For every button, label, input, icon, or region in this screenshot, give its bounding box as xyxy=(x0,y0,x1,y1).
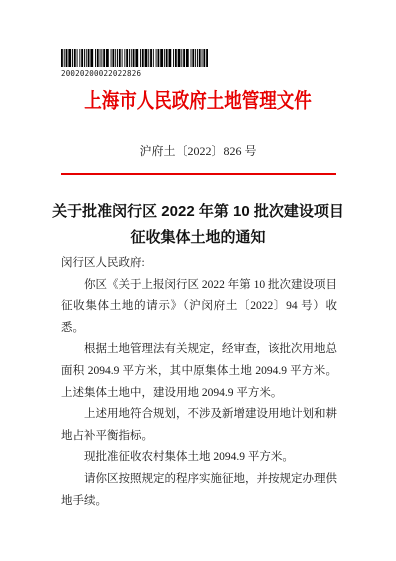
barcode-block: 20020200022022826 xyxy=(61,49,211,78)
body-paragraph: 根据土地管理法有关规定，经审查，该批次用地总面积 2094.9 平方米，其中原集… xyxy=(61,339,337,404)
salutation: 闵行区人民政府: xyxy=(61,253,337,275)
doc-number: 沪府土〔2022〕826 号 xyxy=(0,142,396,159)
doc-title: 关于批准闵行区 2022 年第 10 批次建设项目 征收集体土地的通知 xyxy=(30,199,366,251)
barcode-number: 20020200022022826 xyxy=(61,69,211,78)
body-paragraph: 你区《关于上报闵行区 2022 年第 10 批次建设项目征收集体土地的请示》（沪… xyxy=(61,275,337,340)
red-separator-rule xyxy=(61,173,336,175)
body-paragraph: 现批准征收农村集体土地 2094.9 平方米。 xyxy=(61,447,337,469)
body-paragraph: 请你区按照规定的程序实施征地，并按规定办理供地手续。 xyxy=(61,469,337,512)
document-page: 20020200022022826 上海市人民政府土地管理文件 沪府土〔2022… xyxy=(0,0,396,561)
org-title: 上海市人民政府土地管理文件 xyxy=(0,85,396,115)
document-body: 闵行区人民政府: 你区《关于上报闵行区 2022 年第 10 批次建设项目征收集… xyxy=(61,253,337,512)
barcode-icon xyxy=(61,49,208,67)
doc-title-line1: 关于批准闵行区 2022 年第 10 批次建设项目 xyxy=(30,199,366,225)
doc-title-line2: 征收集体土地的通知 xyxy=(30,225,366,251)
body-paragraph: 上述用地符合规划，不涉及新增建设用地计划和耕地占补平衡指标。 xyxy=(61,404,337,447)
